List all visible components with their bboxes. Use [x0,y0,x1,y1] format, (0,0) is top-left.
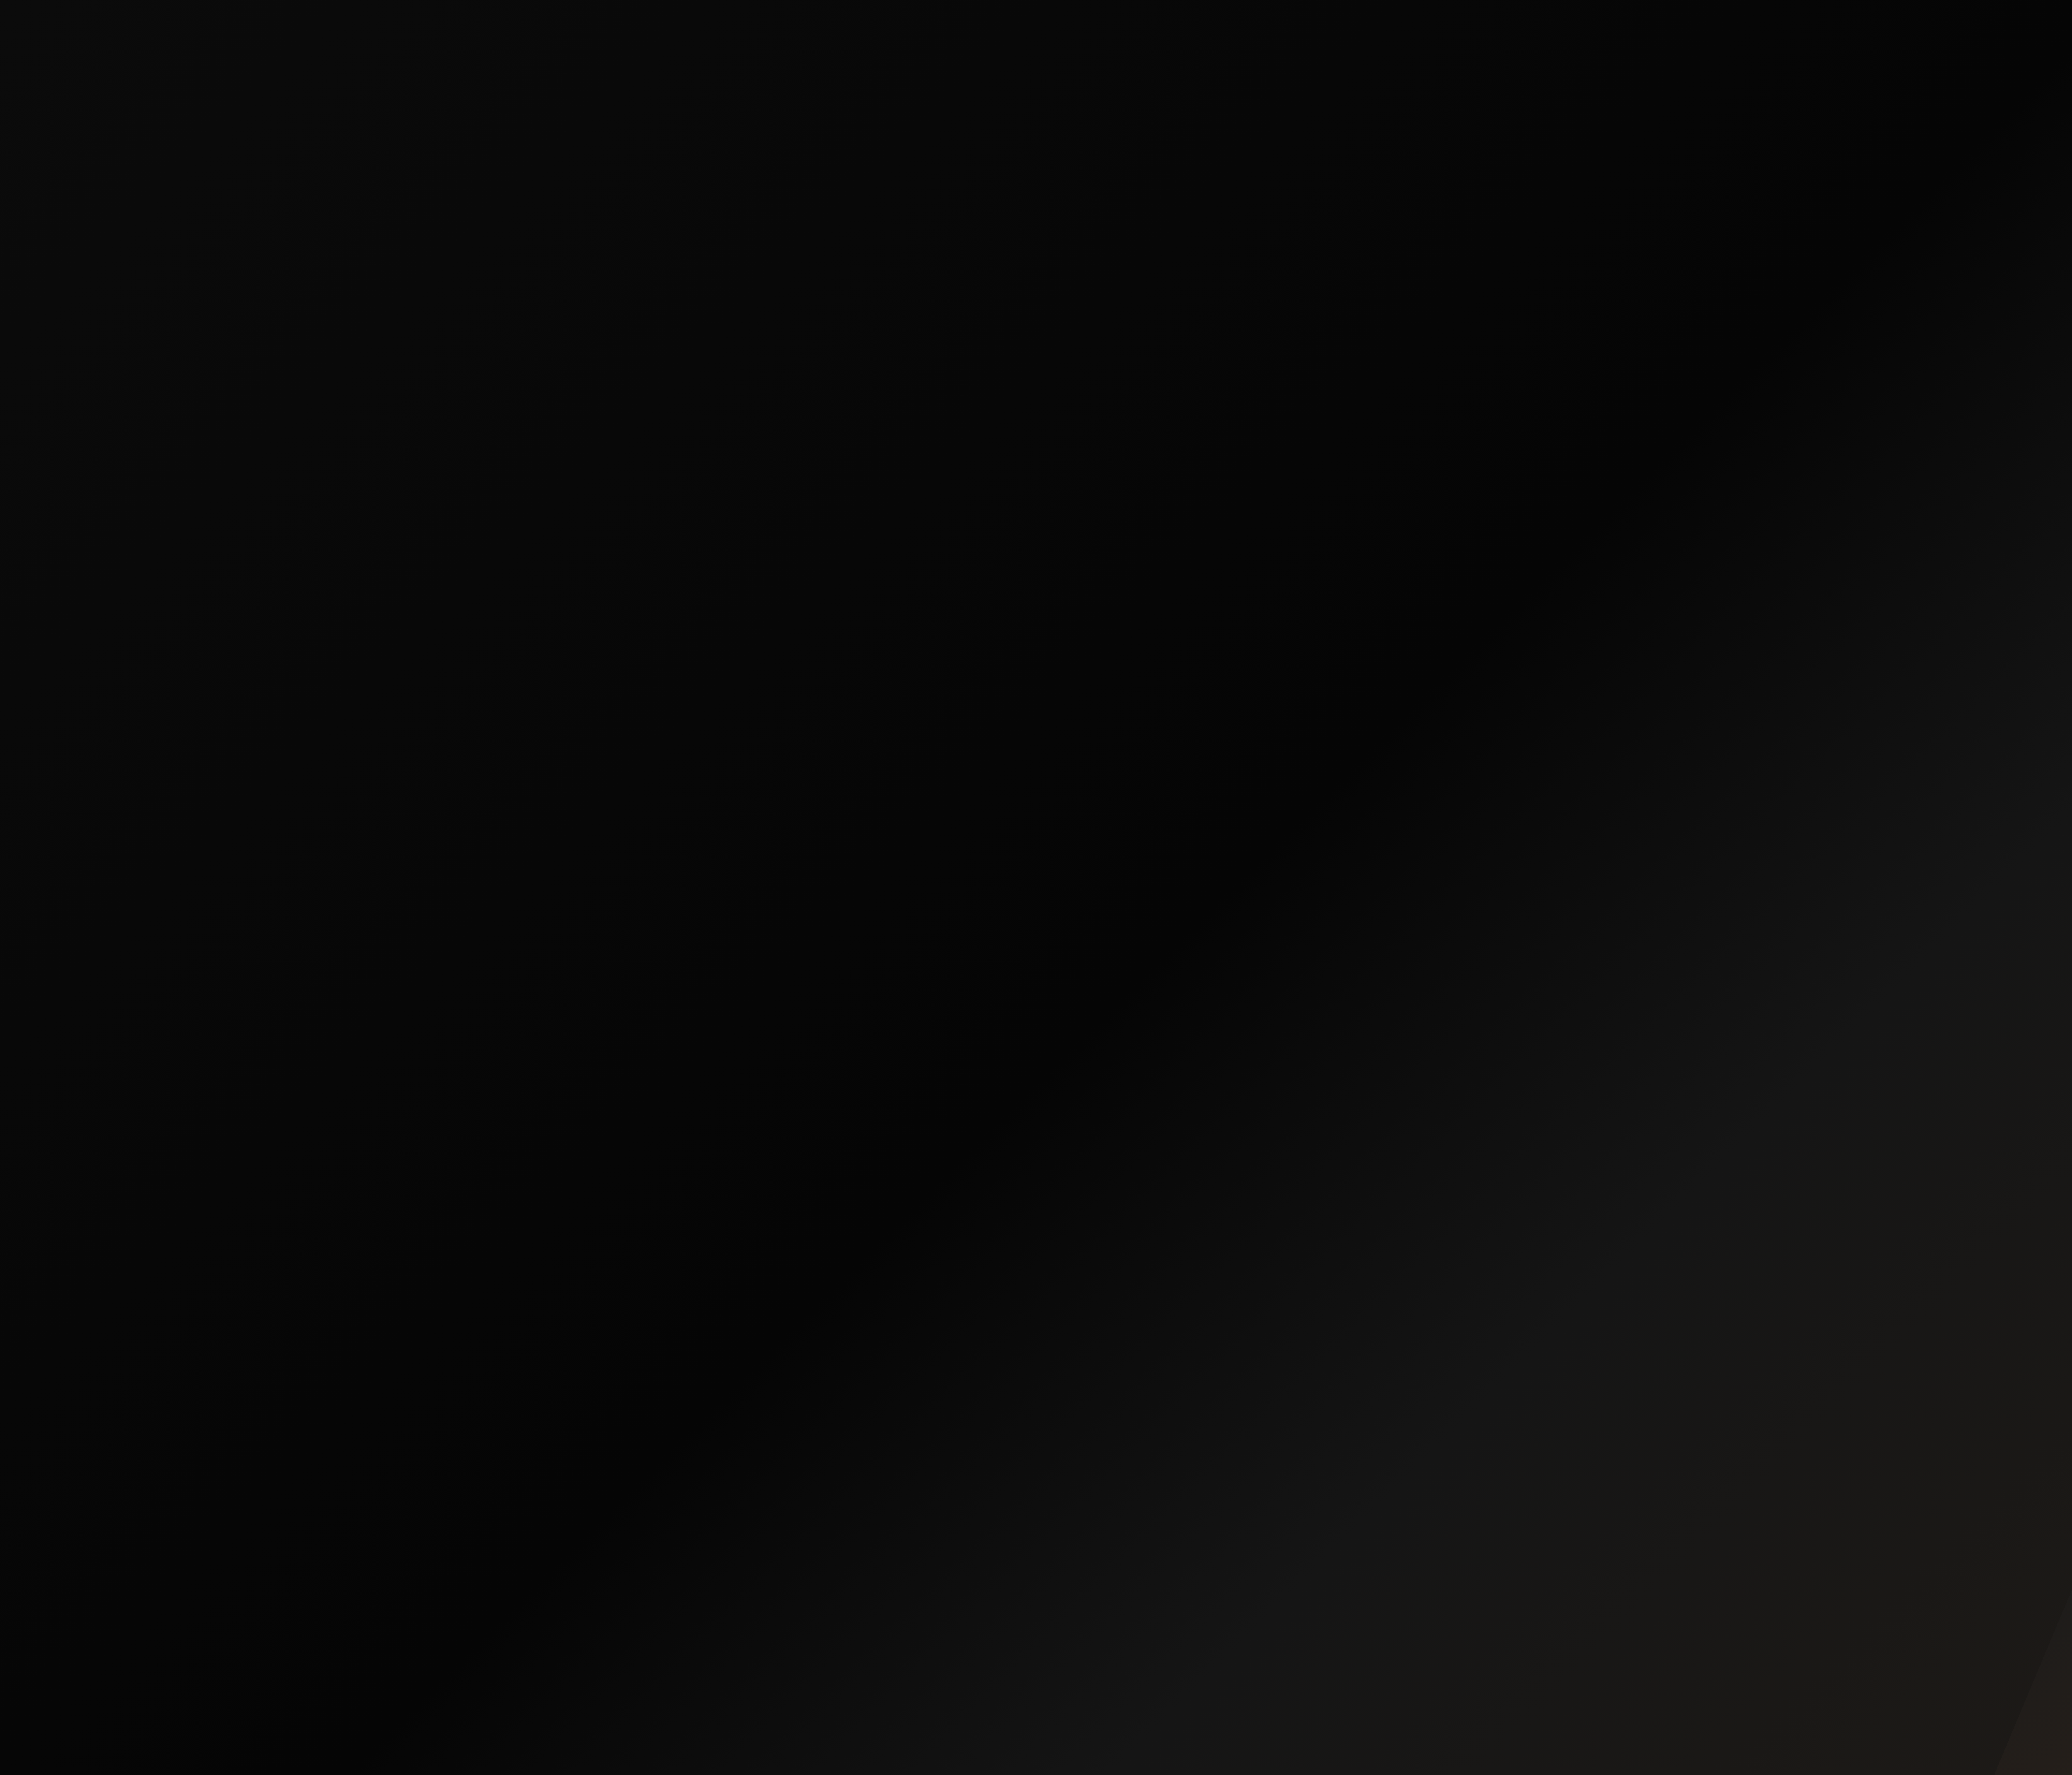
background-surface [1994,1154,2072,1775]
